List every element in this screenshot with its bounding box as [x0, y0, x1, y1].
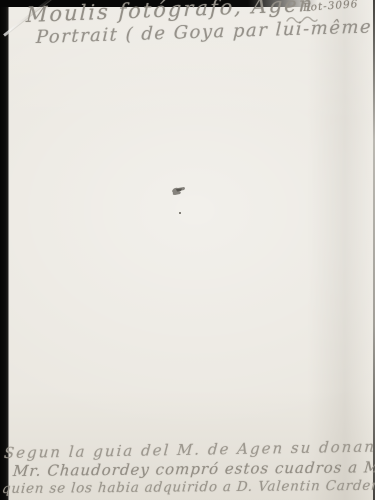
ink-smudge — [170, 185, 188, 199]
photo-verso-scan: Moulis fotógrafo, Agen Portrait ( de Goy… — [0, 0, 375, 500]
dust-speck — [179, 212, 181, 214]
handwritten-provenance-line-3: quien se los habia adquirido a D. Valent… — [1, 477, 375, 497]
paper-surface — [0, 0, 375, 500]
pencil-squiggle-mark — [286, 14, 318, 24]
handwritten-provenance-line-2: Mr. Chaudordey compró estos cuadros a Ma… — [12, 457, 375, 480]
scan-edge-left — [0, 0, 9, 500]
